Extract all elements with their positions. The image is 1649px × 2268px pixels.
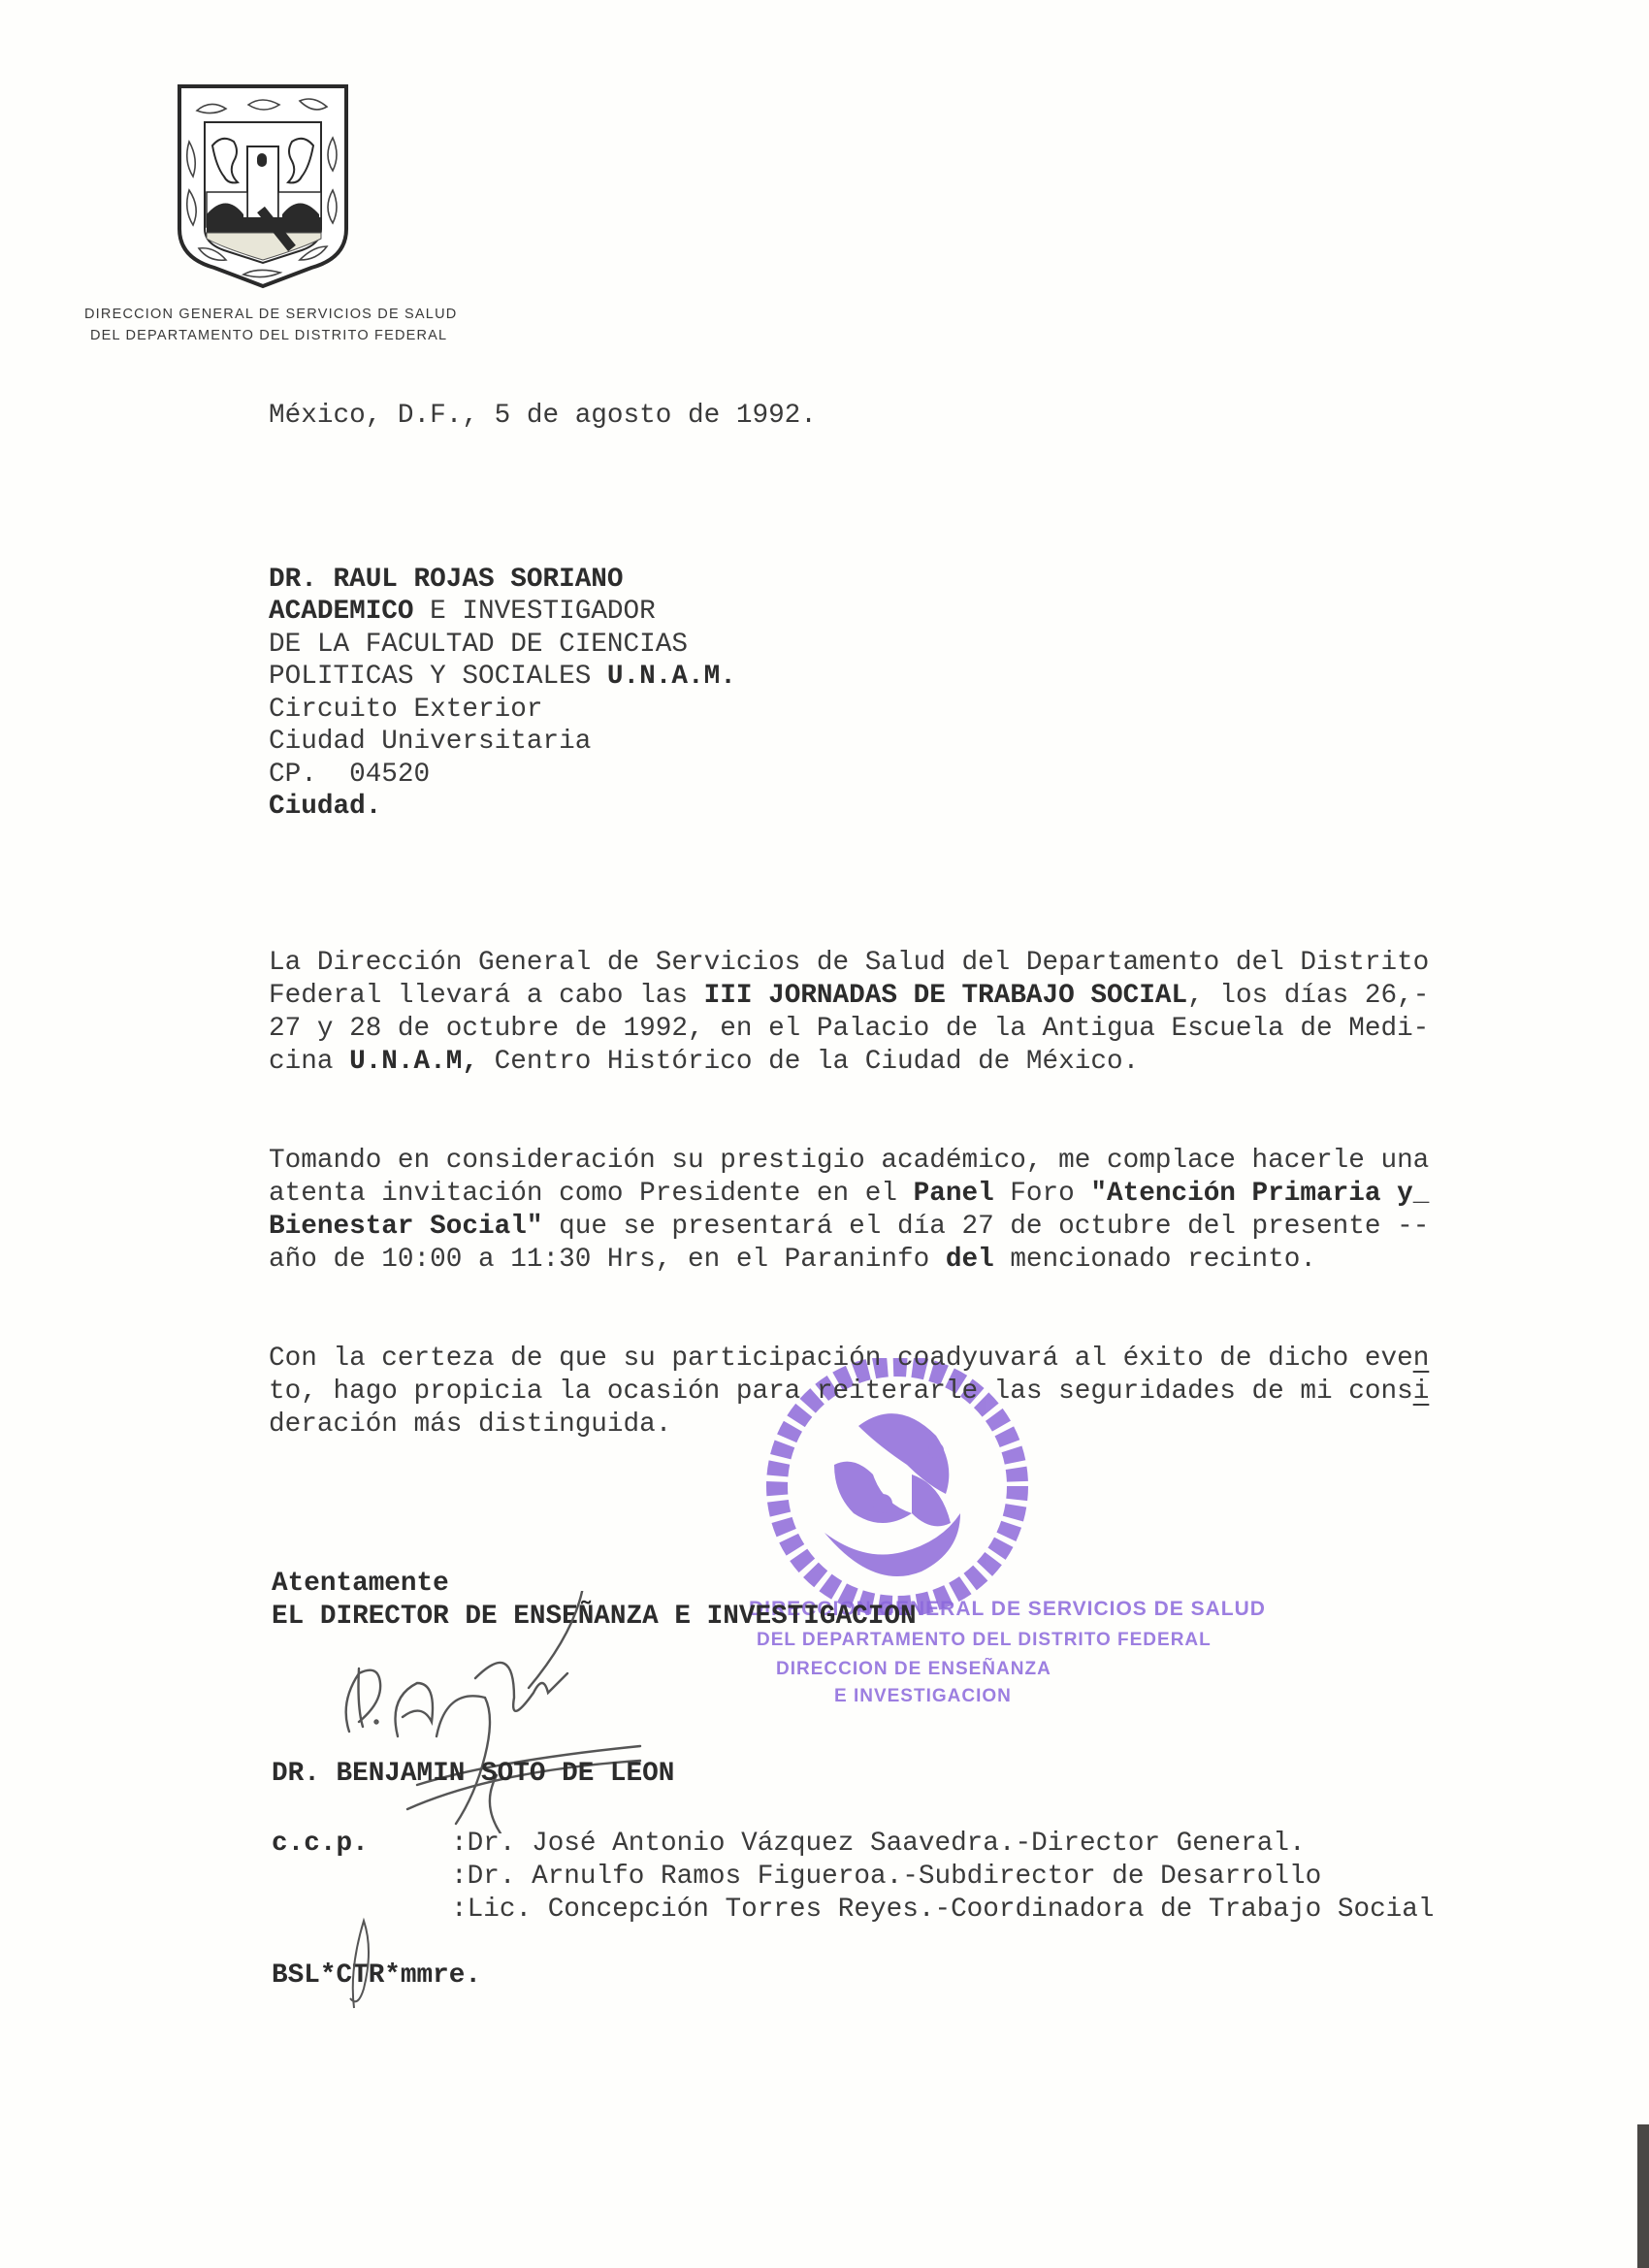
p2-text: _: [1413, 1179, 1430, 1209]
panel-title-cont: Bienestar Social": [269, 1212, 542, 1242]
p1-text: , los días 26,-: [1187, 981, 1429, 1011]
org-name-line1: DIRECCION GENERAL DE SERVICIOS DE SALUD: [84, 307, 457, 322]
recipient-title: ACADEMICO E INVESTIGADOR: [269, 596, 656, 629]
p2-text: Foro: [994, 1179, 1091, 1209]
p2-text: atenta invitación como Presidente en el: [269, 1179, 914, 1209]
panel-word: Panel: [914, 1179, 994, 1209]
recipient-faculty: POLITICAS Y SOCIALES: [269, 662, 607, 692]
coat-of-arms-icon: [176, 83, 350, 289]
p2-text: que se presentará el día 27 de octubre d…: [542, 1212, 1429, 1242]
p2-line3: Bienestar Social" que se presentará el d…: [269, 1211, 1429, 1244]
p3-line1: Con la certeza de que su participación c…: [269, 1343, 1429, 1376]
recipient-postal-code: CP. 04520: [269, 759, 430, 792]
recipient-city: Ciudad.: [269, 791, 381, 824]
p1-line3: 27 y 28 de octubre de 1992, en el Palaci…: [269, 1013, 1429, 1046]
p1-text: Federal llevará a cabo las: [269, 981, 704, 1011]
scan-edge-shadow: [1637, 2124, 1649, 2268]
letter-date: México, D.F., 5 de agosto de 1992.: [269, 400, 817, 433]
recipient-unam: U.N.A.M.: [607, 662, 736, 692]
recipient-street: Circuito Exterior: [269, 694, 542, 727]
recipient-campus: Ciudad Universitaria: [269, 726, 591, 759]
handwritten-signature-icon: [330, 1591, 718, 1833]
initial-mark-icon: [344, 1916, 383, 2013]
p2-text: mencionado recinto.: [994, 1245, 1316, 1275]
recipient-name: DR. RAUL ROJAS SORIANO: [269, 564, 624, 597]
stamp-line-3: DIRECCION DE ENSEÑANZA: [776, 1659, 1051, 1680]
ccp-recipient: :Dr. Arnulfo Ramos Figueroa.-Subdirector…: [451, 1861, 1321, 1894]
p2-bold-del: del: [946, 1245, 994, 1275]
p2-line1: Tomando en consideración su prestigio ac…: [269, 1145, 1429, 1178]
p1-text: Centro Histórico de la Ciudad de México.: [478, 1047, 1139, 1077]
recipient-line3: DE LA FACULTAD DE CIENCIAS: [269, 629, 688, 662]
recipient-line4: POLITICAS Y SOCIALES U.N.A.M.: [269, 661, 736, 694]
recipient-title-bold: ACADEMICO: [269, 597, 414, 627]
p1-line4: cina U.N.A.M, Centro Histórico de la Ciu…: [269, 1046, 1139, 1079]
p3-text-underlined: i: [1413, 1377, 1430, 1407]
p3-text: Con la certeza de que su participación c…: [269, 1344, 1413, 1374]
p3-text: to, hago propicia la ocasión para reiter…: [269, 1377, 1413, 1407]
p3-line2: to, hago propicia la ocasión para reiter…: [269, 1376, 1429, 1409]
recipient-title-rest: E INVESTIGADOR: [414, 597, 656, 627]
org-name-line2: DEL DEPARTAMENTO DEL DISTRITO FEDERAL: [90, 328, 447, 343]
ccp-recipient: :Lic. Concepción Torres Reyes.-Coordinad…: [451, 1894, 1435, 1927]
ccp-recipient: :Dr. José Antonio Vázquez Saavedra.-Dire…: [451, 1828, 1306, 1861]
p2-text: año de 10:00 a 11:30 Hrs, en el Paraninf…: [269, 1245, 946, 1275]
p1-line2: Federal llevará a cabo las III JORNADAS …: [269, 980, 1429, 1013]
p3-text-underlined: n: [1413, 1344, 1430, 1374]
p2-line4: año de 10:00 a 11:30 Hrs, en el Paraninf…: [269, 1244, 1316, 1277]
p1-line1: La Dirección General de Servicios de Sal…: [269, 947, 1429, 980]
panel-title: "Atención Primaria y: [1090, 1179, 1412, 1209]
p1-unam: U.N.A.M,: [349, 1047, 478, 1077]
p1-text: cina: [269, 1047, 349, 1077]
p2-line2: atenta invitación como Presidente en el …: [269, 1178, 1429, 1211]
signer-name: DR. BENJAMIN SOTO DE LEON: [272, 1758, 674, 1791]
event-name: III JORNADAS DE TRABAJO SOCIAL: [704, 981, 1187, 1011]
stamp-line-4: E INVESTIGACION: [834, 1686, 1012, 1707]
ccp-label: c.c.p.: [272, 1828, 369, 1861]
p3-line3: deración más distinguida.: [269, 1409, 671, 1442]
